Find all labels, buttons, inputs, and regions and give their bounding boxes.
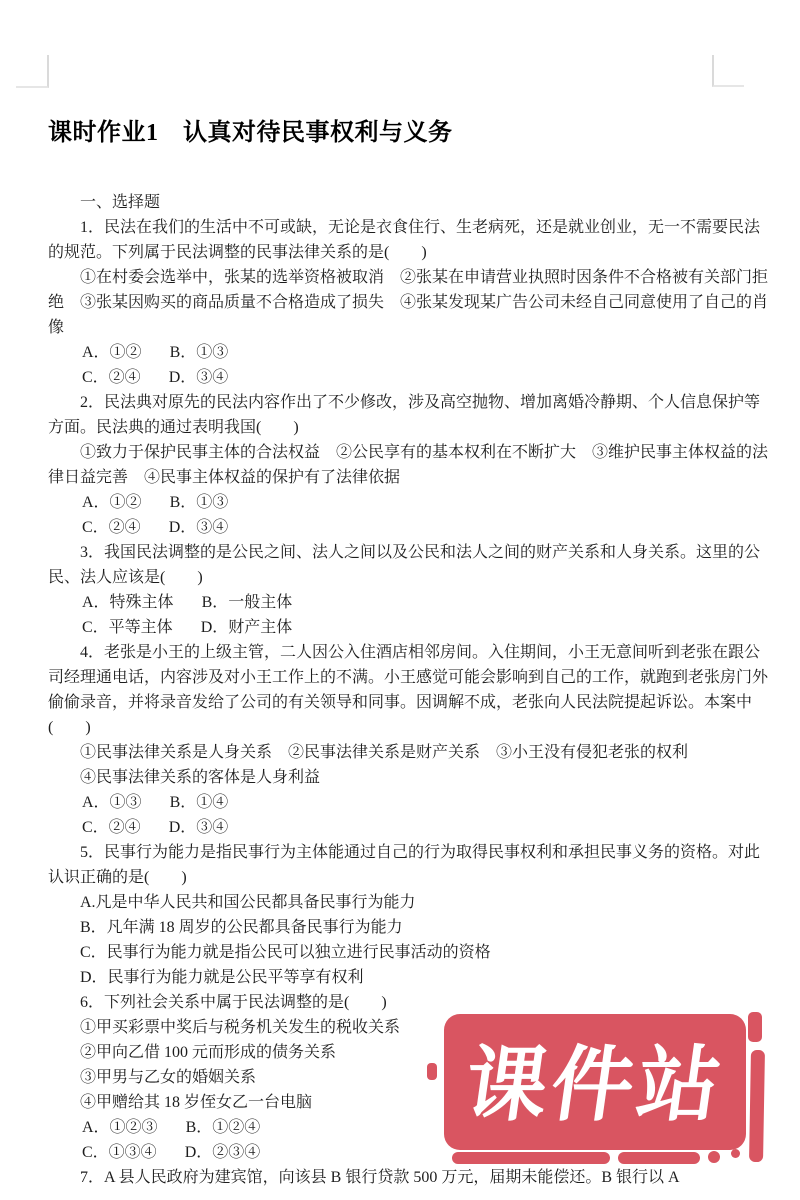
question-1: 1．民法在我们的生活中不可或缺，无论是衣食住行、生老病死，还是就业创业，无一不需…: [48, 215, 771, 390]
option-row: A．①③B．①④: [48, 790, 771, 815]
option: D．③④: [169, 819, 229, 836]
document-page: 课时作业1 认真对待民事权利与义务 一、选择题 1．民法在我们的生活中不可或缺，…: [0, 0, 800, 1200]
kejianzhan-stamp: 课件站: [444, 1014, 746, 1150]
question-5: 5．民事行为能力是指民事行为主体能通过自己的行为取得民事权利和承担民事义务的资格…: [48, 840, 771, 990]
option: D．②③④: [185, 1144, 261, 1161]
option: C．②④: [82, 515, 141, 540]
option-row: A．特殊主体B．一般主体: [48, 590, 771, 615]
option: D．财产主体: [201, 619, 293, 636]
option: A．①②③: [82, 1115, 158, 1140]
option: D．③④: [169, 369, 229, 386]
option: A．①②: [82, 490, 142, 515]
question-7: 7．A 县人民政府为建宾馆，向该县 B 银行贷款 500 万元，届期未能偿还。B…: [48, 1165, 771, 1190]
option-row: C．②④D．③④: [48, 365, 771, 390]
question-2: 2．民法典对原先的民法内容作出了不少修改，涉及高空抛物、增加离婚冷静期、个人信息…: [48, 390, 771, 540]
option-line: C．民事行为能力就是指公民可以独立进行民事活动的资格: [48, 940, 771, 965]
question-4: 4．老张是小王的上级主管，二人因公入住酒店相邻房间。入住期间，小王无意间听到老张…: [48, 640, 771, 840]
stamp-frame-bottom-segment: [618, 1152, 700, 1164]
option: C．②④: [82, 815, 141, 840]
option: C．②④: [82, 365, 141, 390]
option: A．特殊主体: [82, 590, 174, 615]
question-stem: 5．民事行为能力是指民事行为主体能通过自己的行为取得民事权利和承担民事义务的资格…: [48, 840, 771, 890]
option-line: A.凡是中华人民共和国公民都具备民事行为能力: [48, 890, 771, 915]
stamp-frame-bottom-segment: [452, 1152, 610, 1164]
question-stem: 7．A 县人民政府为建宾馆，向该县 B 银行贷款 500 万元，届期未能偿还。B…: [48, 1165, 771, 1190]
question-items: ①在村委会选举中，张某的选举资格被取消 ②张某在申请营业执照时因条件不合格被有关…: [48, 265, 771, 340]
question-stem: 4．老张是小王的上级主管，二人因公入住酒店相邻房间。入住期间，小王无意间听到老张…: [48, 640, 771, 740]
option: C．平等主体: [82, 615, 173, 640]
option-row: C．②④D．③④: [48, 515, 771, 540]
question-3: 3．我国民法调整的是公民之间、法人之间以及公民和法人之间的财产关系和人身关系。这…: [48, 540, 771, 640]
crop-corner-mark-left: [16, 55, 49, 88]
question-items: ①民事法律关系是人身关系 ②民事法律关系是财产关系 ③小王没有侵犯老张的权利: [48, 740, 771, 765]
question-items: ④民事法律关系的客体是人身利益: [48, 765, 771, 790]
stamp-frame-left-fragment: [427, 1063, 437, 1080]
stamp-frame-dot: [708, 1151, 720, 1163]
stamp-frame-dot: [731, 1149, 740, 1158]
option-row: C．平等主体D．财产主体: [48, 615, 771, 640]
question-stem: 1．民法在我们的生活中不可或缺，无论是衣食住行、生老病死，还是就业创业，无一不需…: [48, 215, 771, 265]
option: B．①④: [170, 794, 229, 811]
option: D．③④: [169, 519, 229, 536]
option-line: B．凡年满 18 周岁的公民都具备民事行为能力: [48, 915, 771, 940]
option: B．①③: [170, 344, 229, 361]
option: B．①②④: [186, 1119, 261, 1136]
option: A．①③: [82, 790, 142, 815]
option-line: D．民事行为能力就是公民平等享有权利: [48, 965, 771, 990]
question-stem: 2．民法典对原先的民法内容作出了不少修改，涉及高空抛物、增加离婚冷静期、个人信息…: [48, 390, 771, 440]
stamp-text: 课件站: [457, 1020, 733, 1145]
stamp-frame-right: [749, 1050, 765, 1162]
option-row: C．②④D．③④: [48, 815, 771, 840]
crop-corner-mark-right: [712, 55, 744, 87]
question-items: ①致力于保护民事主体的合法权益 ②公民享有的基本权利在不断扩大 ③维护民事主体权…: [48, 440, 771, 490]
page-title: 课时作业1 认真对待民事权利与义务: [48, 112, 771, 147]
option: A．①②: [82, 340, 142, 365]
option-row: A．①②B．①③: [48, 490, 771, 515]
option: B．一般主体: [202, 594, 293, 611]
option: C．①③④: [82, 1140, 157, 1165]
option: B．①③: [170, 494, 229, 511]
option-row: A．①②B．①③: [48, 340, 771, 365]
stamp-frame-right-top: [748, 1012, 762, 1042]
question-stem: 6．下列社会关系中属于民法调整的是( ): [48, 990, 771, 1015]
section-heading: 一、选择题: [48, 190, 771, 215]
question-stem: 3．我国民法调整的是公民之间、法人之间以及公民和法人之间的财产关系和人身关系。这…: [48, 540, 771, 590]
